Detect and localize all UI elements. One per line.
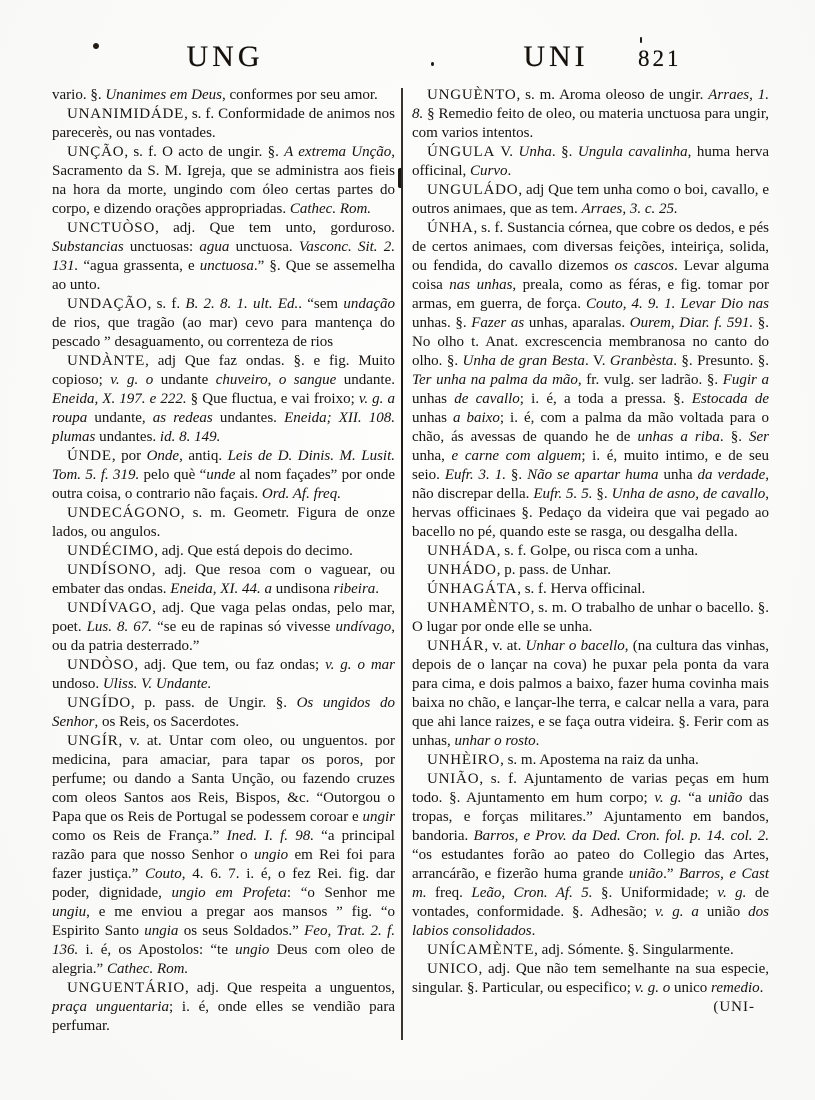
headword: UNHÁR: [427, 638, 484, 654]
headword: ÚNHA: [427, 220, 474, 236]
dictionary-entry: UNANIMIDÁDE, s. f. Conformidade de animo…: [52, 105, 395, 143]
dictionary-entry: UNHÁDO, p. pass. de Unhar.: [412, 561, 769, 580]
dictionary-entry: UNGUÈNTO, s. m. Aroma oleoso de ungir. A…: [412, 86, 769, 143]
dictionary-entry: UNDAÇÃO, s. f. B. 2. 8. 1. ult. Ed.. “se…: [52, 295, 395, 352]
dictionary-entry: UNHÁDA, s. f. Golpe, ou risca com a unha…: [412, 542, 769, 561]
left-column: vario. §. Unanimes em Deus, conformes po…: [52, 86, 395, 1036]
running-head-left: UNG: [55, 40, 395, 74]
headword: UNGÍR: [67, 733, 119, 749]
headword: UNCTUÒSO: [67, 220, 155, 236]
dictionary-entry: UNHÁR, v. at. Unhar o bacello, (na cultu…: [412, 637, 769, 751]
headword: UNÍCAMÈNTE: [427, 942, 534, 958]
headword: UNHÁDO: [427, 562, 497, 578]
headword: UNDÉCIMO: [67, 543, 154, 559]
dictionary-entry: UNDÀNTE, adj Que faz ondas. §. e fig. Mu…: [52, 352, 395, 447]
headword: ÚNGULA: [427, 144, 495, 160]
dictionary-page-scan: UNG UNI 821 vario. §. Unanimes em Deus, …: [0, 0, 815, 1100]
right-column: UNGUÈNTO, s. m. Aroma oleoso de ungir. A…: [412, 86, 769, 1017]
running-head: UNG UNI 821: [0, 40, 815, 86]
column-divider-rule: [401, 88, 403, 1040]
dictionary-entry: UNDECÁGONO, s. m. Geometr. Figura de onz…: [52, 504, 395, 542]
headword: UNDÍVAGO: [67, 600, 152, 616]
headword: UNGUENTÁRIO: [67, 980, 185, 996]
ink-speck: [93, 43, 99, 49]
dictionary-entry: ÚNHAGÁTA, s. f. Herva officinal.: [412, 580, 769, 599]
headword: UNDÍSONO: [67, 562, 152, 578]
headword: UNIÃO: [427, 771, 479, 787]
dictionary-entry: UNGULÁDO, adj Que tem unha como o boi, c…: [412, 181, 769, 219]
page-number: 821: [638, 46, 758, 72]
dictionary-entry: ÚNGULA V. Unha. §. Ungula cavalinha, hum…: [412, 143, 769, 181]
dictionary-entry: UNICO, adj. Que não tem semelhante na su…: [412, 960, 769, 998]
headword: UNDAÇÃO: [67, 296, 148, 312]
ink-speck: [640, 37, 642, 43]
dictionary-entry: UNHAMÈNTO, s. m. O trabalho de unhar o b…: [412, 599, 769, 637]
dictionary-entry: UNDÍVAGO, adj. Que vaga pelas ondas, pel…: [52, 599, 395, 656]
dictionary-entry: UNDÉCIMO, adj. Que está depois do decimo…: [52, 542, 395, 561]
dictionary-entry: vario. §. Unanimes em Deus, conformes po…: [52, 86, 395, 105]
headword: ÚNDE: [67, 448, 112, 464]
catchword: (UNI-: [412, 998, 769, 1017]
headword: UNHÈIRO: [427, 752, 500, 768]
headword: UNHAMÈNTO: [427, 600, 531, 616]
dictionary-entry: UNIÃO, s. f. Ajuntamento de varias peças…: [412, 770, 769, 941]
headword: UNANIMIDÁDE: [67, 106, 184, 122]
headword: UNDÀNTE: [67, 353, 145, 369]
headword: UNGÍDO: [67, 695, 131, 711]
dictionary-entry: UNDÒSO, adj. Que tem, ou faz ondas; v. g…: [52, 656, 395, 694]
headword: UNÇÃO: [67, 144, 124, 160]
headword: UNHÁDA: [427, 543, 497, 559]
ink-speck: [431, 62, 434, 66]
dictionary-entry: UNDÍSONO, adj. Que resoa com o vaguear, …: [52, 561, 395, 599]
dictionary-entry: ÚNDE, por Onde, antiq. Leis de D. Dinis.…: [52, 447, 395, 504]
dictionary-entry: UNGÍDO, p. pass. de Ungir. §. Os ungidos…: [52, 694, 395, 732]
dictionary-entry: UNÍCAMÈNTE, adj. Sómente. §. Singularmen…: [412, 941, 769, 960]
dictionary-entry: UNCTUÒSO, adj. Que tem unto, gorduroso. …: [52, 219, 395, 295]
headword: UNICO: [427, 961, 479, 977]
headword: UNGUÈNTO: [427, 87, 516, 103]
headword: ÚNHAGÁTA: [427, 581, 517, 597]
dictionary-entry: ÚNHA, s. f. Sustancia córnea, que cobre …: [412, 219, 769, 542]
dictionary-entry: UNHÈIRO, s. m. Apostema na raiz da unha.: [412, 751, 769, 770]
headword: UNDÒSO: [67, 657, 134, 673]
headword: UNGULÁDO: [427, 182, 518, 198]
dictionary-entry: UNGUENTÁRIO, adj. Que respeita a unguent…: [52, 979, 395, 1036]
dictionary-entry: UNÇÃO, s. f. O acto de ungir. §. A extre…: [52, 143, 395, 219]
dictionary-entry: UNGÍR, v. at. Untar com oleo, ou unguent…: [52, 732, 395, 979]
headword: UNDECÁGONO: [67, 505, 181, 521]
